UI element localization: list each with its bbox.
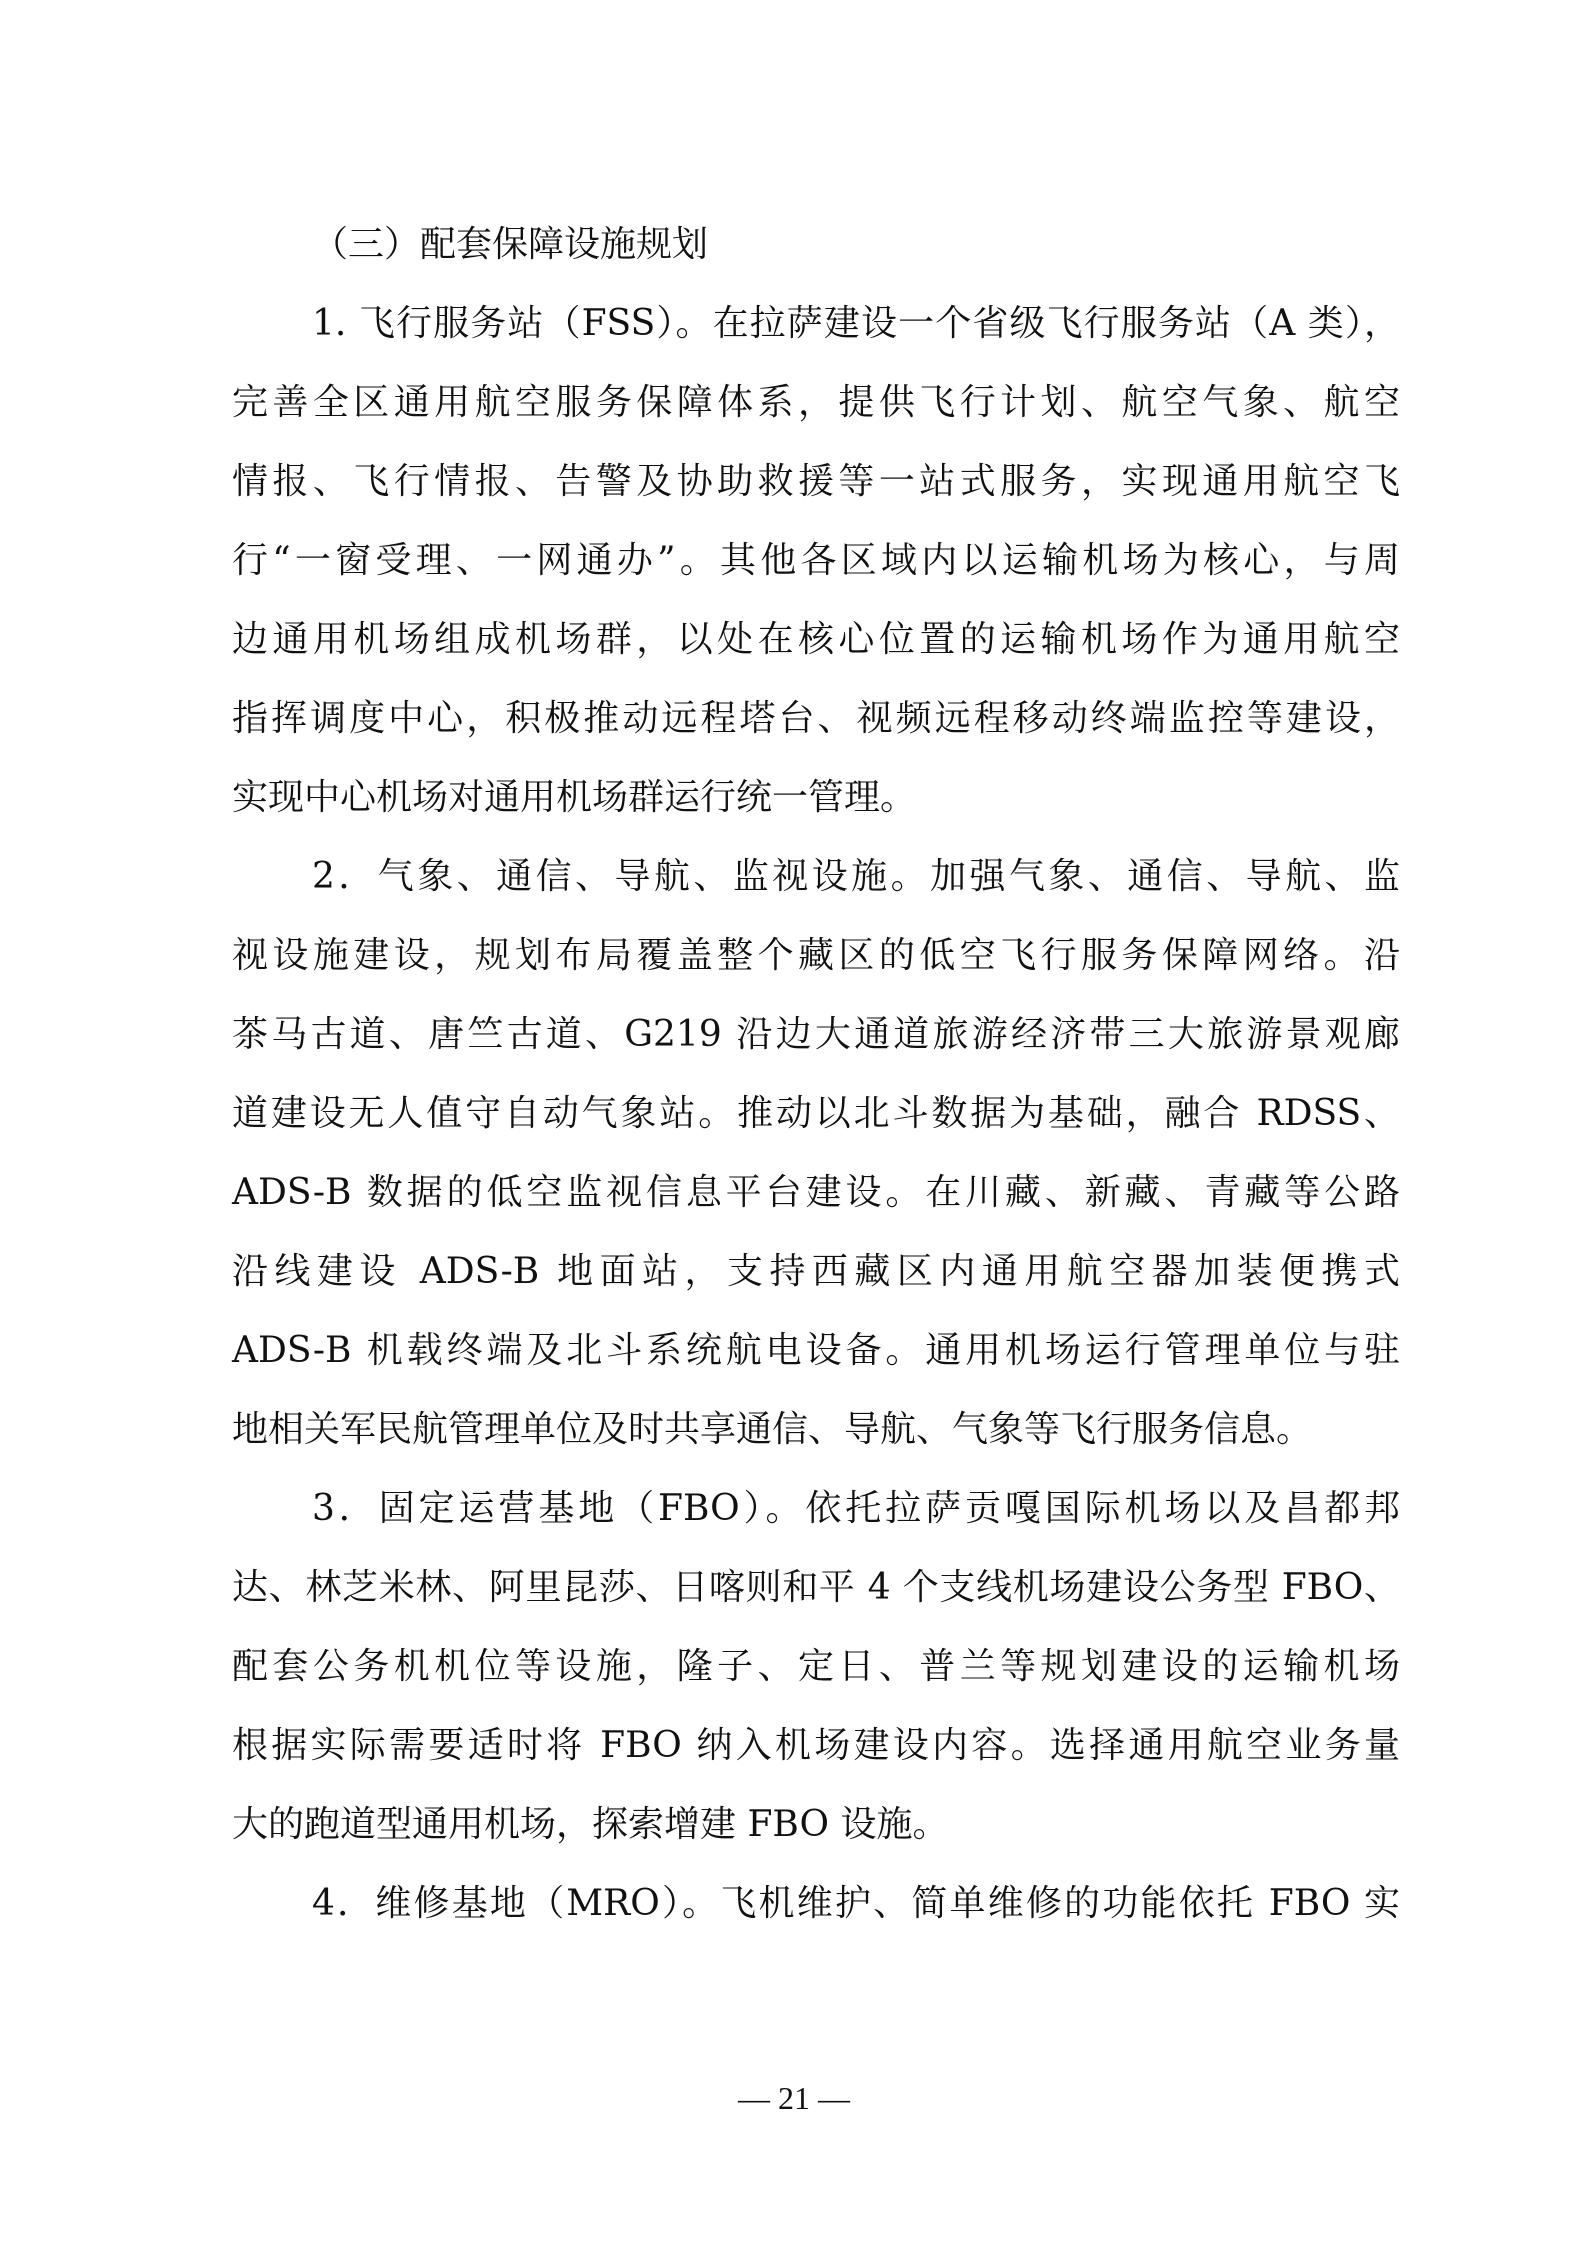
paragraph-line: 地相关军民航管理单位及时共享通信、导航、气象等飞行服务信息。 [232, 1390, 1400, 1469]
section-heading: （三）配套保障设施规划 [232, 205, 1400, 284]
paragraph-line: 边通用机场组成机场群，以处在核心位置的运输机场作为通用航空 [232, 600, 1400, 679]
paragraph-line: 实现中心机场对通用机场群运行统一管理。 [232, 758, 1400, 837]
paragraph-line: 视设施建设，规划布局覆盖整个藏区的低空飞行服务保障网络。沿 [232, 916, 1400, 995]
paragraph-4-maintenance-base: 4．维修基地（MRO）。飞机维护、简单维修的功能依托 FBO 实 [232, 1864, 1400, 1943]
paragraph-line: 沿线建设 ADS-B 地面站，支持西藏区内通用航空器加装便携式 [232, 1232, 1400, 1311]
paragraph-line: ADS-B 数据的低空监视信息平台建设。在川藏、新藏、青藏等公路 [232, 1153, 1400, 1232]
paragraph-line: 2．气象、通信、导航、监视设施。加强气象、通信、导航、监 [232, 837, 1400, 916]
paragraph-line: 道建设无人值守自动气象站。推动以北斗数据为基础，融合 RDSS、 [232, 1074, 1400, 1153]
paragraph-line: 指挥调度中心，积极推动远程塔台、视频远程移动终端监控等建设， [232, 679, 1400, 758]
paragraph-line: 完善全区通用航空服务保障体系，提供飞行计划、航空气象、航空 [232, 363, 1400, 442]
paragraph-3-fixed-base-operation: 3．固定运营基地（FBO）。依托拉萨贡嘎国际机场以及昌都邦 达、林芝米林、阿里昆… [232, 1469, 1400, 1864]
paragraph-line: 1. 飞行服务站（FSS）。在拉萨建设一个省级飞行服务站（A 类）， [232, 284, 1400, 363]
paragraph-line: 配套公务机机位等设施，隆子、定日、普兰等规划建设的运输机场 [232, 1627, 1400, 1706]
paragraph-line: 茶马古道、唐竺古道、G219 沿边大通道旅游经济带三大旅游景观廊 [232, 995, 1400, 1074]
paragraph-line: 情报、飞行情报、告警及协助救援等一站式服务，实现通用航空飞 [232, 442, 1400, 521]
paragraph-line: 达、林芝米林、阿里昆莎、日喀则和平 4 个支线机场建设公务型 FBO、 [232, 1548, 1400, 1627]
paragraph-line: 3．固定运营基地（FBO）。依托拉萨贡嘎国际机场以及昌都邦 [232, 1469, 1400, 1548]
paragraph-line: 行“一窗受理、一网通办”。其他各区域内以运输机场为核心，与周 [232, 521, 1400, 600]
page-number: — 21 — [0, 2080, 1588, 2117]
paragraph-line: ADS-B 机载终端及北斗系统航电设备。通用机场运行管理单位与驻 [232, 1311, 1400, 1390]
paragraph-2-weather-comm-nav-surveillance: 2．气象、通信、导航、监视设施。加强气象、通信、导航、监 视设施建设，规划布局覆… [232, 837, 1400, 1469]
paragraph-line: 4．维修基地（MRO）。飞机维护、简单维修的功能依托 FBO 实 [232, 1864, 1400, 1943]
paragraph-1-flight-service-station: 1. 飞行服务站（FSS）。在拉萨建设一个省级飞行服务站（A 类）， 完善全区通… [232, 284, 1400, 837]
paragraph-line: 根据实际需要适时将 FBO 纳入机场建设内容。选择通用航空业务量 [232, 1706, 1400, 1785]
paragraph-line: 大的跑道型通用机场，探索增建 FBO 设施。 [232, 1785, 1400, 1864]
document-page: （三）配套保障设施规划 1. 飞行服务站（FSS）。在拉萨建设一个省级飞行服务站… [232, 205, 1400, 1943]
